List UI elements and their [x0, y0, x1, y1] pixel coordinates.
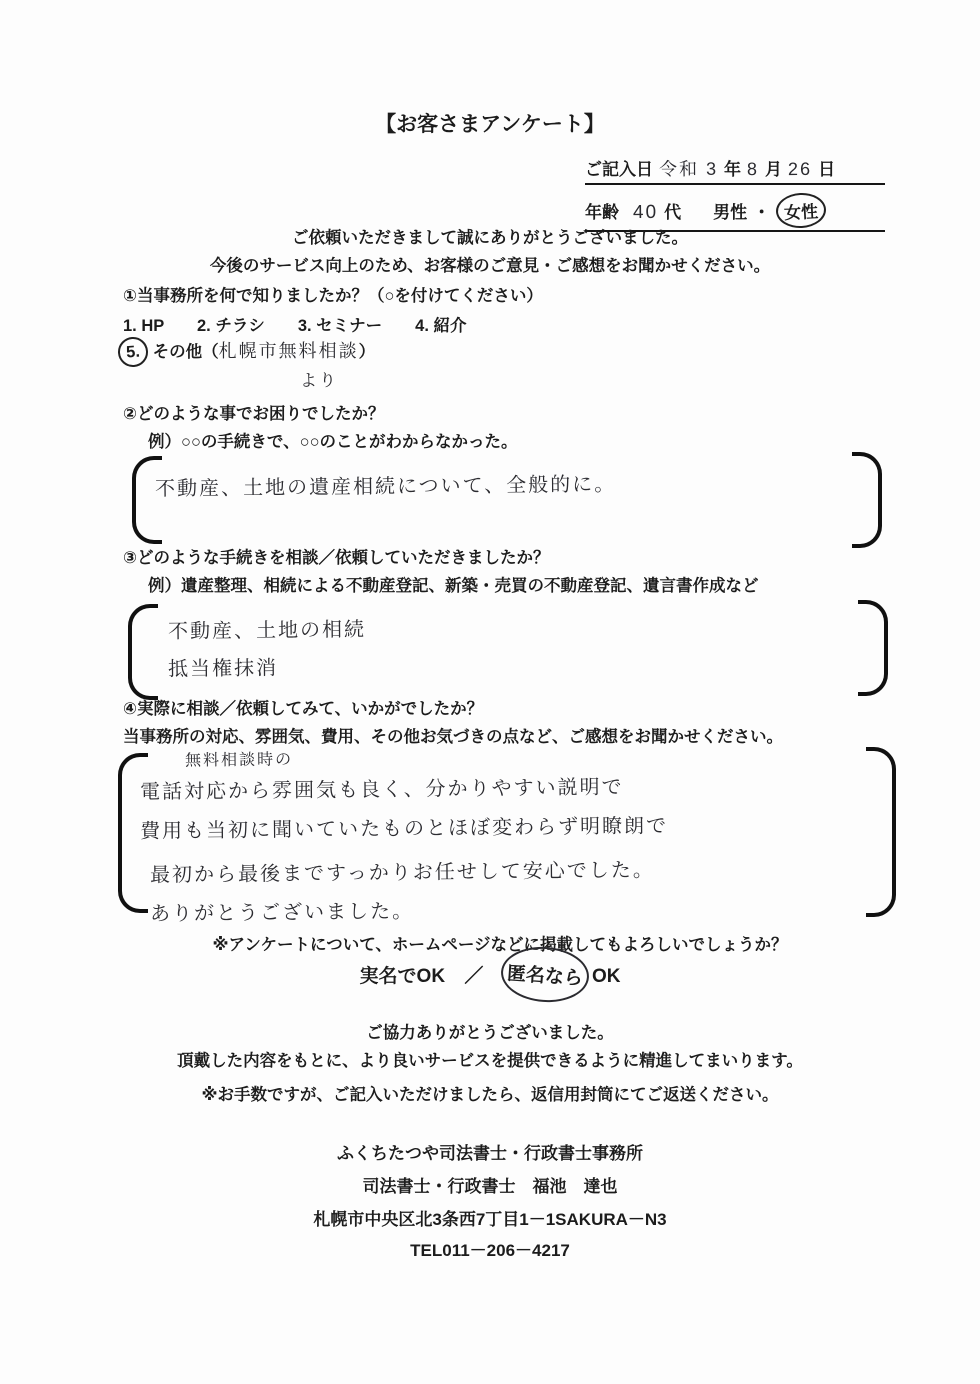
q1-options: 1. HP 2. チラシ 3. セミナー 4. 紹介: [123, 312, 467, 336]
office-representative: 司法書士・行政書士 福池 達也: [0, 1172, 980, 1197]
date-era-year-handwritten: 令和 3: [659, 155, 718, 182]
office-address: 札幌市中央区北3条西7丁目1－1SAKURA－N3: [0, 1205, 980, 1230]
footer-line-1: ご協力ありがとうございました。: [0, 1019, 980, 1043]
age-handwritten: 40: [633, 202, 658, 224]
q3-example: 例）遺産整理、相続による不動産登記、新築・売買の不動産登記、遺言書作成など: [148, 572, 759, 596]
q3-left-bracket: [128, 604, 158, 700]
date-day-handwritten: 26: [788, 159, 812, 180]
date-row: ご記入日 令和 3 年 8 月 26 日: [585, 155, 885, 185]
q1-option5-number-circled: 5.: [117, 336, 149, 368]
survey-scan-page: 【お客さまアンケート】 ご記入日 令和 3 年 8 月 26 日 年齢 40 代…: [0, 0, 980, 1384]
age-suffix: 代: [664, 198, 681, 223]
q4-subheading: 当事務所の対応、雰囲気、費用、その他お気づきの点など、ご感想をお聞かせください。: [123, 723, 783, 747]
q2-answer-handwritten: 不動産、土地の遺産相続について、全般的に。: [155, 468, 616, 502]
q2-example: 例）○○の手続きで、○○のことがわからなかった。: [148, 428, 518, 452]
q1-option5-answer-handwritten: 札幌市無料相談: [219, 341, 359, 361]
q2-heading: ②どのような事でお困りでしたか？: [123, 400, 384, 424]
publish-slash: ／: [464, 966, 483, 987]
q4-right-bracket: [866, 747, 896, 917]
q3-answer-line-2-handwritten: 抵当権抹消: [168, 651, 278, 681]
q2-right-bracket: [852, 452, 882, 548]
footer-line-3: ※お手数ですが、ご記入いただけましたら、返信用封筒にてご返送ください。: [0, 1081, 980, 1105]
fill-in-header: ご記入日 令和 3 年 8 月 26 日 年齢 40 代 男性 ・ 女性: [585, 155, 885, 232]
q1-option5-label: その他（: [153, 343, 219, 361]
office-name: ふくちたつや司法書士・行政書士事務所: [0, 1139, 980, 1164]
q1-option5-close: ）: [359, 343, 376, 361]
q3-heading: ③どのような手続きを相談／依頼していただきましたか？: [123, 544, 549, 568]
q4-answer-line-2-handwritten: 費用も当初に聞いていたものとほぼ変わらず明瞭朗で: [140, 809, 668, 844]
q4-heading: ④実際に相談／依頼してみて、いかがでしたか？: [123, 695, 483, 719]
publish-options-row: 実名でOK ／ 匿名なら OK: [0, 959, 980, 990]
q3-right-bracket: [858, 600, 888, 696]
year-suffix: 年: [724, 155, 741, 180]
q1-option5-row: 5. その他（札幌市無料相談）: [118, 337, 375, 367]
q3-answer-line-1-handwritten: 不動産、土地の相続: [168, 613, 366, 644]
q4-inserted-note-handwritten: 無料相談時の: [185, 746, 293, 770]
publish-question: ※アンケートについて、ホームページなどに掲載してもよろしいでしょうか？: [0, 931, 980, 955]
q1-option5-note-handwritten: より: [300, 366, 338, 391]
intro-line-2: 今後のサービス向上のため、お客様のご意見・ご感想をお聞かせください。: [0, 252, 980, 276]
publish-real-name-ok: 実名でOK: [360, 966, 446, 987]
q4-answer-line-4-handwritten: ありがとうございました。: [150, 895, 414, 927]
age-label: 年齢: [585, 198, 619, 223]
date-label: ご記入日: [585, 155, 653, 180]
office-phone: TEL011－206－4217: [0, 1236, 980, 1261]
q1-heading: ①当事務所を何で知りましたか？（○を付けてください）: [123, 282, 543, 306]
page-title: 【お客さまアンケート】: [0, 108, 980, 138]
gender-separator: ・: [753, 198, 770, 223]
month-suffix: 月: [765, 155, 782, 180]
footer-line-2: 頂戴した内容をもとに、より良いサービスを提供できるように精進してまいります。: [0, 1047, 980, 1071]
q4-answer-line-3-handwritten: 最初から最後まですっかりお任せして安心でした。: [150, 853, 655, 887]
gender-male: 男性: [713, 198, 747, 223]
publish-anonymous-ok: OK: [592, 966, 621, 987]
intro-line-1: ご依頼いただきまして誠にありがとうございました。: [0, 224, 980, 248]
q4-answer-line-1-handwritten: 電話対応から雰囲気も良く、分かりやすい説明で: [140, 770, 624, 804]
date-month-handwritten: 8: [747, 159, 759, 180]
day-suffix: 日: [818, 155, 835, 180]
